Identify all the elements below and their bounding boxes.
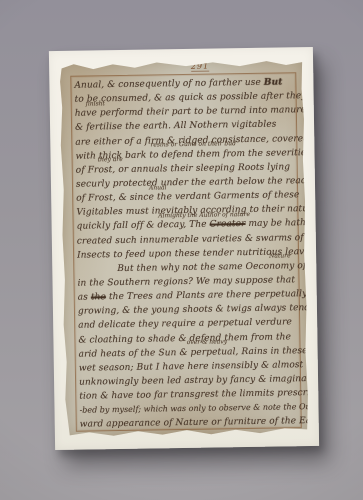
inline-insertion: resins or Gums on their bud [150, 141, 236, 148]
inline-insertion: over & heavy [187, 340, 227, 347]
page-number: 291 [191, 62, 209, 72]
mount-board: 291 Anual, & consequently of no farther … [49, 47, 319, 450]
inline-insertion: they are [98, 157, 123, 163]
text-block: Anual, & consequently of no farther use … [74, 75, 301, 431]
manuscript-page: 291 Anual, & consequently of no farther … [59, 59, 309, 437]
manuscript-line: ward appearance of Nature or furniture o… [80, 415, 301, 433]
inline-insertion: finisht [86, 101, 105, 107]
inline-insertion: Anual [149, 185, 167, 191]
photo-background: 291 Anual, & consequently of no farther … [0, 0, 363, 500]
inline-insertion: Nature [269, 254, 291, 260]
